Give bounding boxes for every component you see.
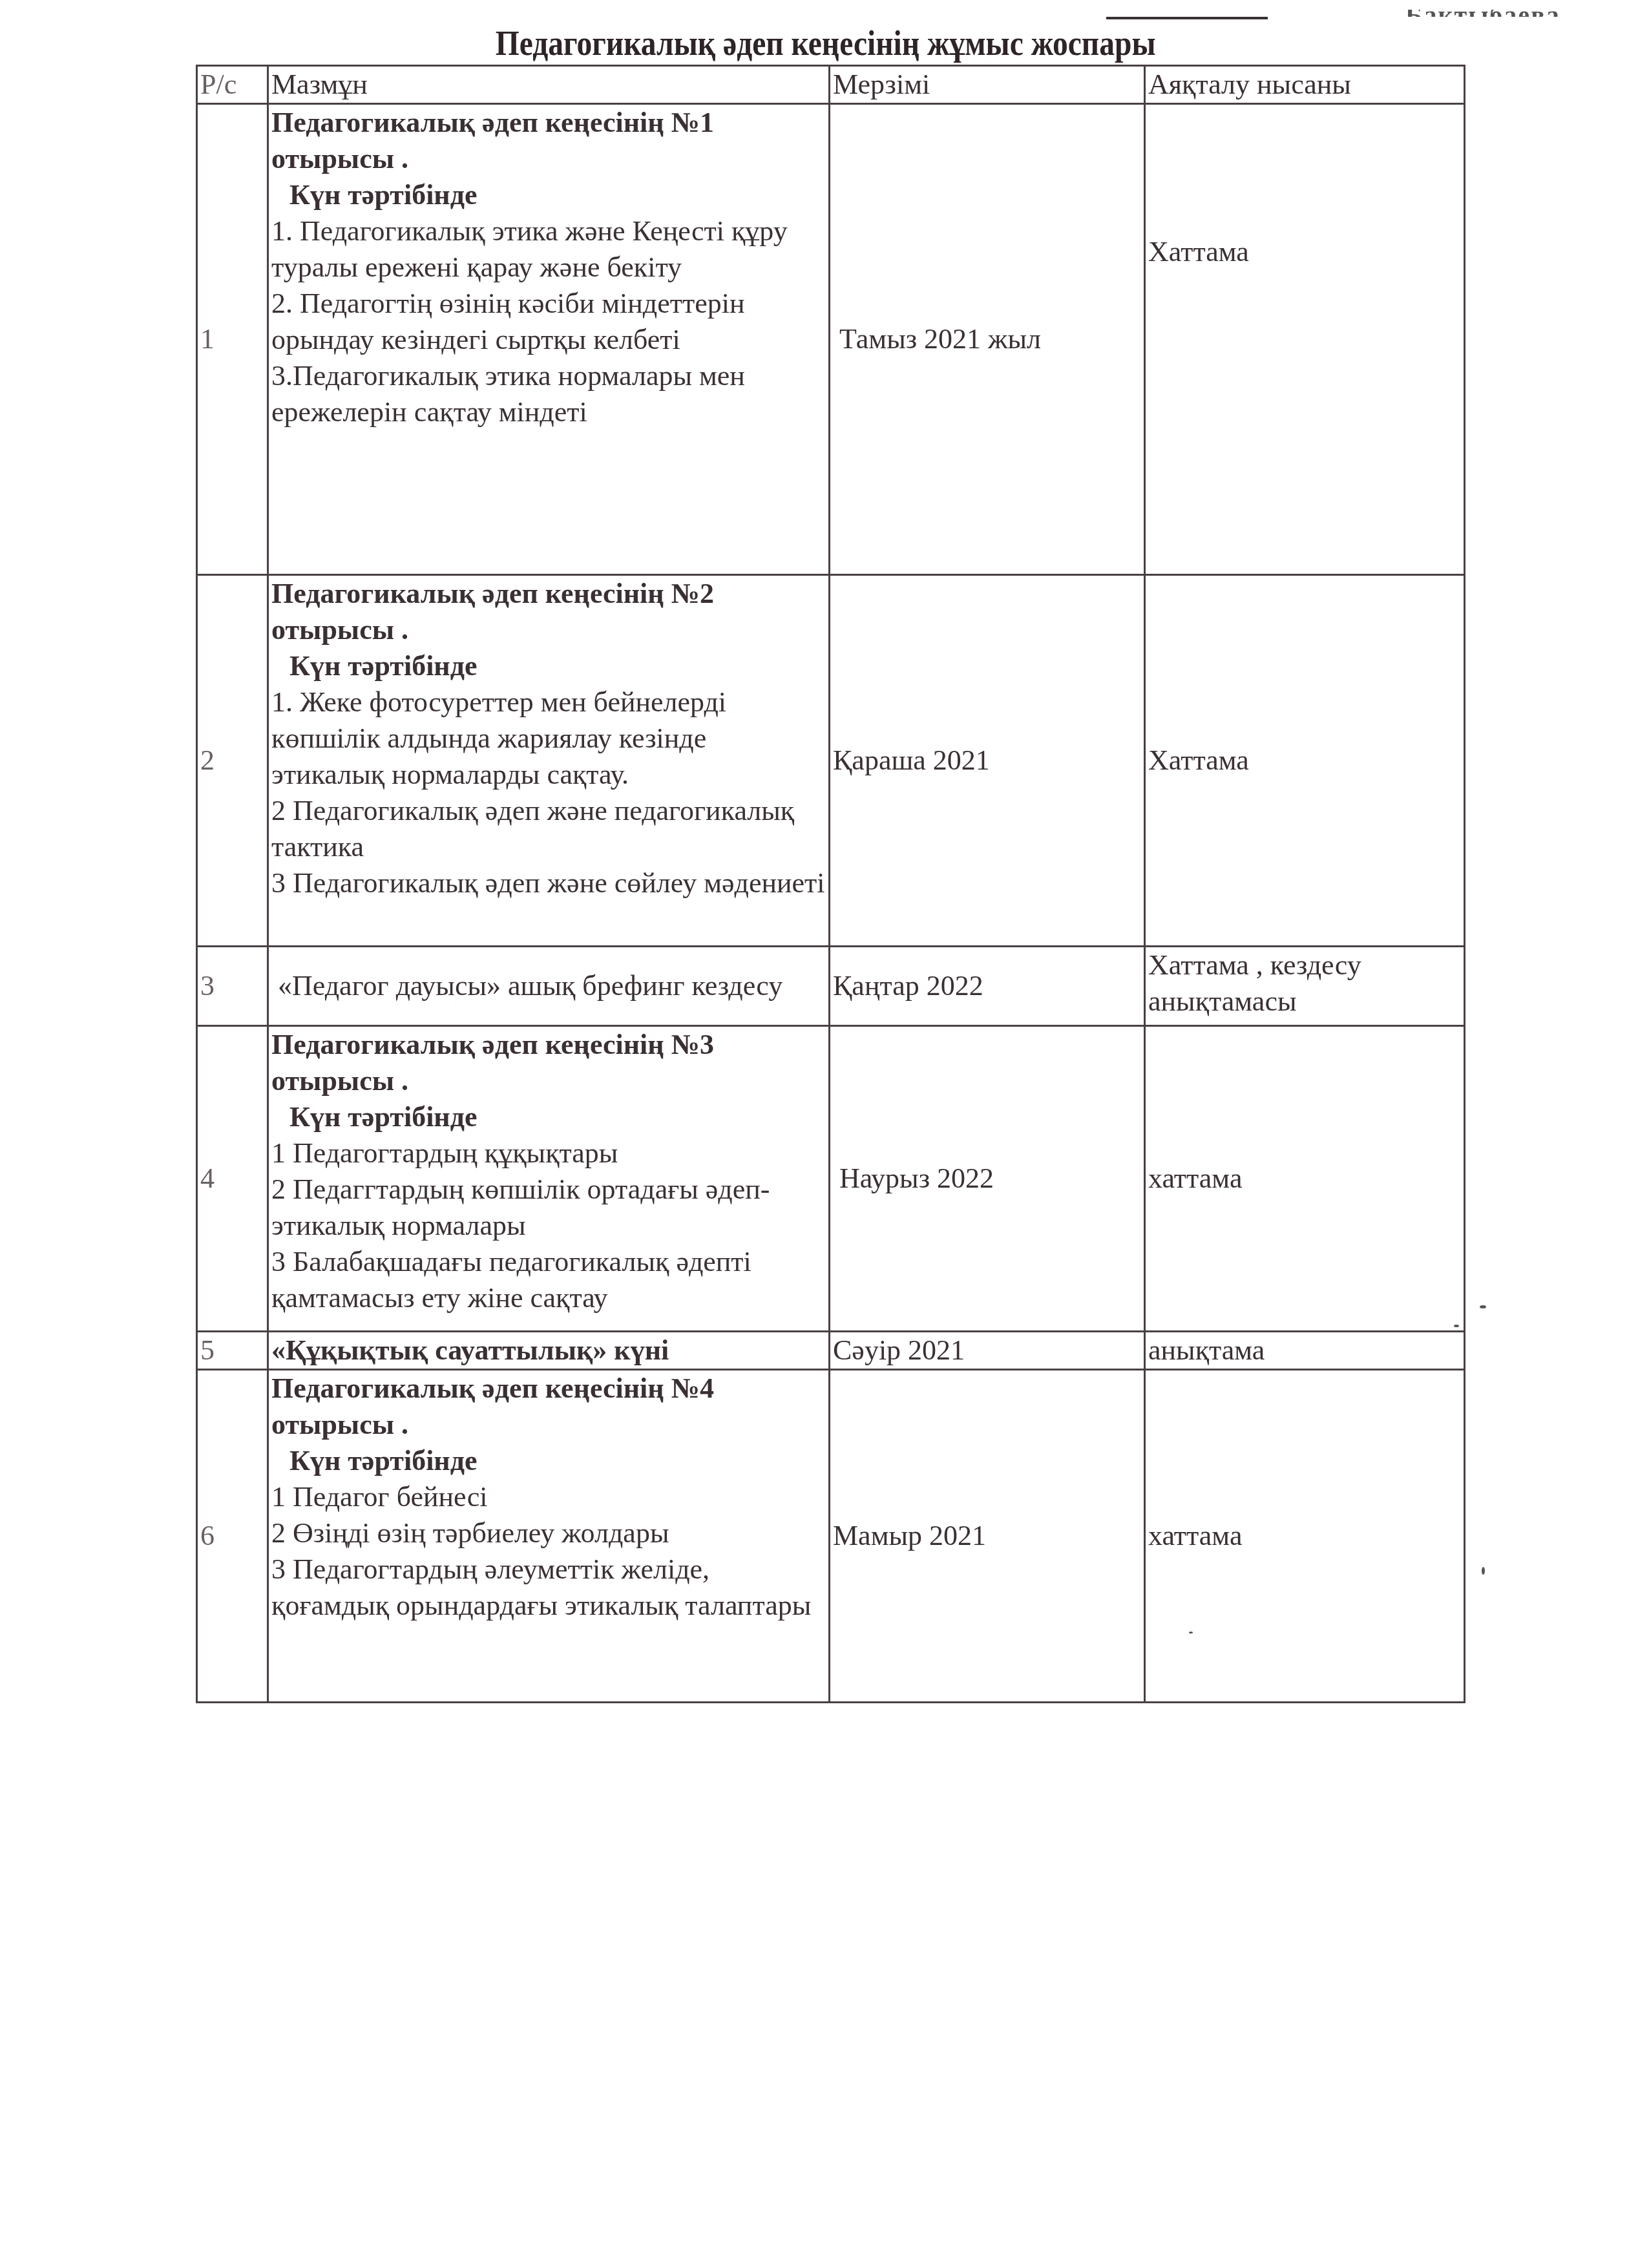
- agenda-item: 1. Жеке фотосуреттер мен бейнелерді көпш…: [271, 684, 826, 793]
- event-title: «Құқықтық сауаттылық» күні: [271, 1332, 826, 1369]
- column-header-number: Р/с: [197, 66, 268, 104]
- row-content: Педагогикалық әдеп кеңесінің №3 отырысы …: [268, 1026, 830, 1332]
- row-completion-form: анықтама: [1145, 1332, 1465, 1370]
- agenda-item: 3 Педагогтардың әлеуметтік желіде, қоғам…: [271, 1551, 826, 1624]
- agenda-label: Күн тәртібінде: [271, 177, 826, 213]
- row-term: Қаңтар 2022: [830, 947, 1145, 1026]
- meeting-heading: Педагогикалық әдеп кеңесінің №2 отырысы …: [271, 576, 826, 648]
- meeting-heading: Педагогикалық әдеп кеңесінің №1 отырысы …: [271, 105, 826, 177]
- scan-speck: [1480, 1305, 1486, 1308]
- table-row: 5 «Құқықтық сауаттылық» күні Сәуір 2021 …: [197, 1332, 1465, 1370]
- row-number: 3: [197, 947, 268, 1026]
- row-completion-form: Хаттама: [1145, 575, 1465, 947]
- event-title: «Педагог дауысы» ашық брефинг кездесу: [271, 968, 826, 1004]
- row-content: Педагогикалық әдеп кеңесінің №2 отырысы …: [268, 575, 830, 947]
- table-row: 2 Педагогикалық әдеп кеңесінің №2 отырыс…: [197, 575, 1465, 947]
- agenda-item: 1. Педагогикалық этика және Кеңесті құру…: [271, 213, 826, 286]
- row-term: Сәуір 2021: [830, 1332, 1145, 1370]
- row-number: 6: [197, 1370, 268, 1703]
- signature-line: [1106, 17, 1268, 19]
- column-header-content: Мазмұн: [268, 66, 830, 104]
- table-row: 1 Педагогикалық әдеп кеңесінің №1 отырыс…: [197, 104, 1465, 575]
- agenda-item: 2 Өзіңді өзің тәрбиелеу жолдары: [271, 1515, 826, 1551]
- row-completion-form: Хаттама: [1145, 104, 1465, 575]
- agenda-item: 3 Балабақшадағы педагогикалық әдепті қам…: [271, 1244, 826, 1316]
- work-plan-table: Р/с Мазмұн Мерзімі Аяқталу нысаны 1 Педа…: [196, 65, 1465, 1703]
- row-number: 4: [197, 1026, 268, 1332]
- row-completion-form: Хаттама , кездесу анықтамасы: [1145, 947, 1465, 1026]
- document-title: Педагогикалық әдеп кеңесінің жұмыс жоспа…: [100, 22, 1551, 65]
- row-term: Тамыз 2021 жыл: [830, 104, 1145, 575]
- agenda-item: 1 Педагог бейнесі: [271, 1479, 826, 1515]
- table-row: 6 Педагогикалық әдеп кеңесінің №4 отырыс…: [197, 1370, 1465, 1703]
- row-content: Педагогикалық әдеп кеңесінің №4 отырысы …: [268, 1370, 830, 1703]
- table-header-row: Р/с Мазмұн Мерзімі Аяқталу нысаны: [197, 66, 1465, 104]
- row-content: «Педагог дауысы» ашық брефинг кездесу: [268, 947, 830, 1026]
- agenda-label: Күн тәртібінде: [271, 648, 826, 684]
- row-completion-form: хаттама: [1145, 1370, 1465, 1703]
- row-number: 5: [197, 1332, 268, 1370]
- row-content: Педагогикалық әдеп кеңесінің №1 отырысы …: [268, 104, 830, 575]
- row-term: Мамыр 2021: [830, 1370, 1145, 1703]
- agenda-label: Күн тәртібінде: [271, 1443, 826, 1479]
- scan-speck: [1189, 1632, 1193, 1633]
- agenda-label: Күн тәртібінде: [271, 1099, 826, 1135]
- column-header-completion-form: Аяқталу нысаны: [1145, 66, 1465, 104]
- approval-signature-text: _________ Бактыбаева Ж.М.: [1270, 3, 1593, 17]
- row-number: 1: [197, 104, 268, 575]
- agenda-item: 2 Педаггтардың көпшілік ортадағы әдеп-эт…: [271, 1171, 826, 1244]
- meeting-heading: Педагогикалық әдеп кеңесінің №3 отырысы …: [271, 1027, 826, 1099]
- row-completion-form: хаттама: [1145, 1026, 1465, 1332]
- table-row: 4 Педагогикалық әдеп кеңесінің №3 отырыс…: [197, 1026, 1465, 1332]
- table-row: 3 «Педагог дауысы» ашық брефинг кездесу …: [197, 947, 1465, 1026]
- scan-speck: [1454, 1325, 1459, 1327]
- row-term: Қараша 2021: [830, 575, 1145, 947]
- agenda-item: 3.Педагогикалық этика нормалары мен ереж…: [271, 358, 826, 430]
- row-content: «Құқықтық сауаттылық» күні: [268, 1332, 830, 1370]
- meeting-heading: Педагогикалық әдеп кеңесінің №4 отырысы …: [271, 1370, 826, 1443]
- row-term: Наурыз 2022: [830, 1026, 1145, 1332]
- agenda-item: 2. Педагогтің өзінің кәсіби міндеттерін …: [271, 286, 826, 358]
- scan-speck: [1482, 1567, 1485, 1575]
- column-header-term: Мерзімі: [830, 66, 1145, 104]
- row-number: 2: [197, 575, 268, 947]
- agenda-item: 1 Педагогтардың құқықтары: [271, 1135, 826, 1171]
- agenda-item: 2 Педагогикалық әдеп және педагогикалық …: [271, 793, 826, 865]
- agenda-item: 3 Педагогикалық әдеп және сөйлеу мәдение…: [271, 865, 826, 901]
